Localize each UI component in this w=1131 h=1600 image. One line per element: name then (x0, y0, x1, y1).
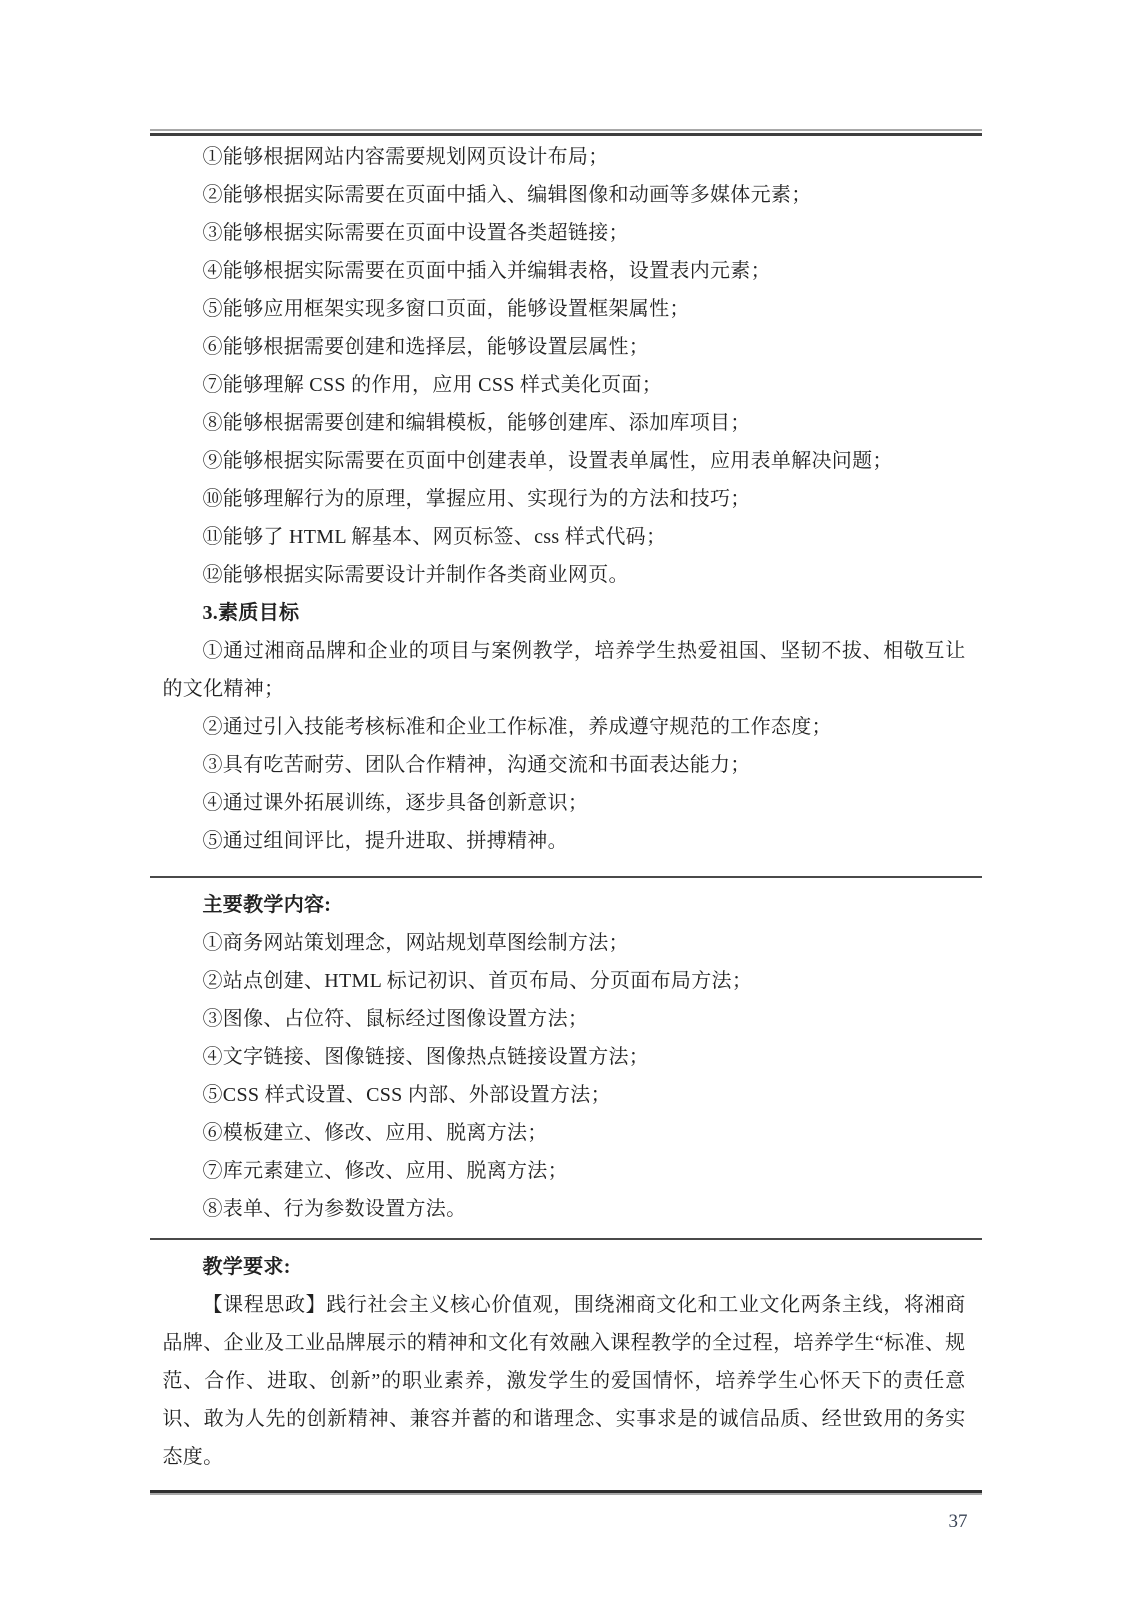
list-item: ④能够根据实际需要在页面中插入并编辑表格，设置表内元素； (163, 252, 966, 290)
border-shadow-line (150, 1493, 982, 1495)
teaching-content-heading: 主要教学内容: (163, 886, 966, 924)
list-item: ④文字链接、图像链接、图像热点链接设置方法； (163, 1038, 966, 1076)
list-item: ⑧能够根据需要创建和编辑模板，能够创建库、添加库项目； (163, 404, 966, 442)
list-item: ②站点创建、HTML 标记初识、首页布局、分页面布局方法； (163, 962, 966, 1000)
list-item: ①通过湘商品牌和企业的项目与案例教学，培养学生热爱祖国、坚韧不拔、相敬互让的文化… (163, 632, 966, 708)
list-item: ⑧表单、行为参数设置方法。 (163, 1190, 966, 1228)
list-item: ③具有吃苦耐劳、团队合作精神，沟通交流和书面表达能力； (163, 746, 966, 784)
list-item: ①能够根据网站内容需要规划网页设计布局； (163, 138, 966, 176)
list-item: ⑨能够根据实际需要在页面中创建表单，设置表单属性，应用表单解决问题； (163, 442, 966, 480)
section-capability-goals: ①能够根据网站内容需要规划网页设计布局； ②能够根据实际需要在页面中插入、编辑图… (150, 136, 982, 876)
table-top-border (150, 129, 982, 136)
list-item: ⑤通过组间评比，提升进取、拼搏精神。 (163, 822, 966, 860)
list-item: ⑦能够理解 CSS 的作用，应用 CSS 样式美化页面； (163, 366, 966, 404)
list-item: ⑫能够根据实际需要设计并制作各类商业网页。 (163, 556, 966, 594)
list-item: ②通过引入技能考核标准和企业工作标准，养成遵守规范的工作态度； (163, 708, 966, 746)
list-item: ⑤能够应用框架实现多窗口页面，能够设置框架属性； (163, 290, 966, 328)
list-item: ⑦库元素建立、修改、应用、脱离方法； (163, 1152, 966, 1190)
page-number: 37 (150, 1509, 982, 1535)
quality-goals-heading: 3.素质目标 (163, 594, 966, 632)
list-item: ⑥能够根据需要创建和选择层，能够设置层属性； (163, 328, 966, 366)
list-item: ⑪能够了 HTML 解基本、网页标签、css 样式代码； (163, 518, 966, 556)
list-item: ①商务网站策划理念，网站规划草图绘制方法； (163, 924, 966, 962)
course-ideology-paragraph: 【课程思政】践行社会主义核心价值观，围绕湘商文化和工业文化两条主线，将湘商品牌、… (163, 1286, 966, 1476)
section-teaching-requirements: 教学要求: 【课程思政】践行社会主义核心价值观，围绕湘商文化和工业文化两条主线，… (150, 1240, 982, 1490)
list-item: ⑥模板建立、修改、应用、脱离方法； (163, 1114, 966, 1152)
document-table: ①能够根据网站内容需要规划网页设计布局； ②能够根据实际需要在页面中插入、编辑图… (150, 129, 982, 1495)
list-item: ③图像、占位符、鼠标经过图像设置方法； (163, 1000, 966, 1038)
list-item: ⑩能够理解行为的原理，掌握应用、实现行为的方法和技巧； (163, 480, 966, 518)
list-item: ④通过课外拓展训练，逐步具备创新意识； (163, 784, 966, 822)
document-page: ①能够根据网站内容需要规划网页设计布局； ②能够根据实际需要在页面中插入、编辑图… (0, 0, 1131, 1600)
list-item: ②能够根据实际需要在页面中插入、编辑图像和动画等多媒体元素； (163, 176, 966, 214)
section-teaching-content: 主要教学内容: ①商务网站策划理念，网站规划草图绘制方法； ②站点创建、HTML… (150, 878, 982, 1238)
table-bottom-border (150, 1490, 982, 1495)
list-item: ③能够根据实际需要在页面中设置各类超链接； (163, 214, 966, 252)
list-item: ⑤CSS 样式设置、CSS 内部、外部设置方法； (163, 1076, 966, 1114)
teaching-requirements-heading: 教学要求: (163, 1248, 966, 1286)
